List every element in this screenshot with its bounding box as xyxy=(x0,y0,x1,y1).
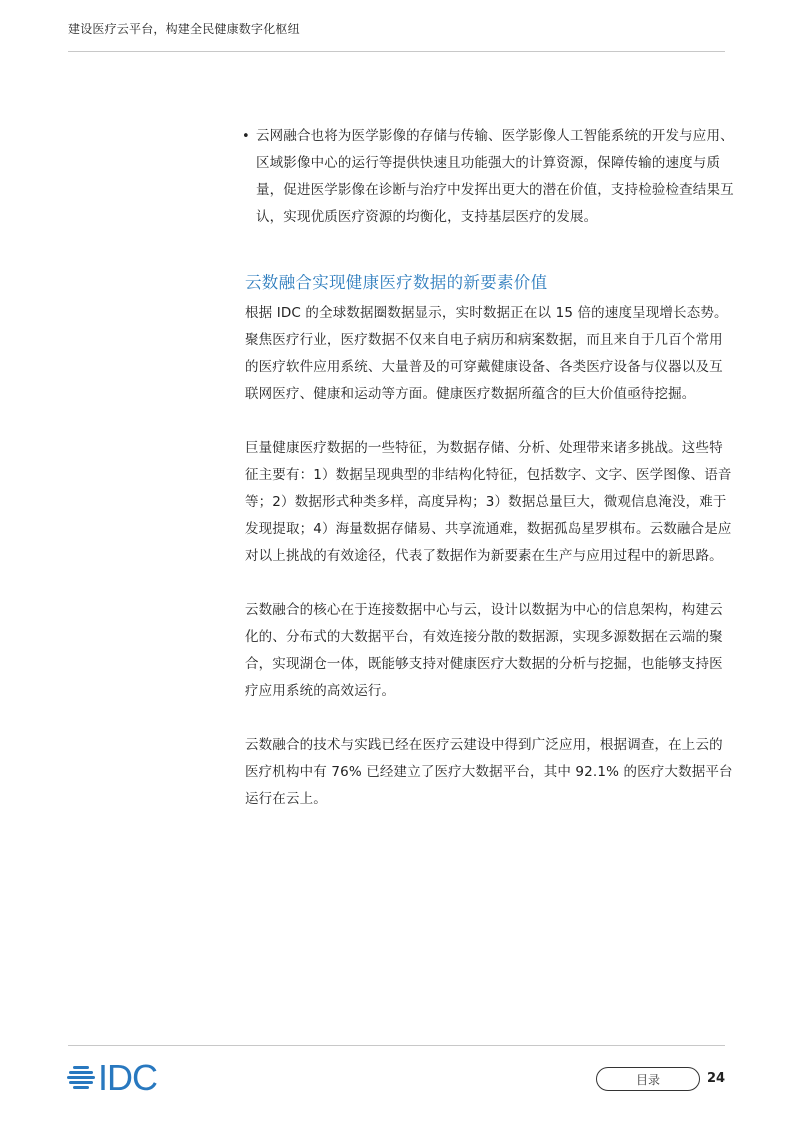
logo-wordmark: IDC xyxy=(98,1062,157,1094)
bullet-icon: • xyxy=(242,123,250,150)
paragraph-4: 云数融合的技术与实践已经在医疗云建设中得到广泛应用，根据调查，在上云的医疗机构中… xyxy=(245,732,735,813)
running-header-title: 建设医疗云平台，构建全民健康数字化枢纽 xyxy=(68,20,300,37)
table-of-contents-button[interactable]: 目录 xyxy=(596,1067,700,1091)
bullet-text: 云网融合也将为医学影像的存储与传输、医学影像人工智能系统的开发与应用、区域影像中… xyxy=(256,128,734,225)
toc-button-label: 目录 xyxy=(636,1071,660,1088)
header-divider xyxy=(68,51,725,52)
bullet-list-item: • 云网融合也将为医学影像的存储与传输、医学影像人工智能系统的开发与应用、区域影… xyxy=(245,123,735,231)
idc-logo: IDC xyxy=(67,1062,157,1094)
footer-divider xyxy=(68,1045,725,1046)
paragraph-2: 巨量健康医疗数据的一些特征，为数据存储、分析、处理带来诸多挑战。这些特征主要有：… xyxy=(245,435,735,570)
paragraph-1: 根据 IDC 的全球数据圈数据显示，实时数据正在以 15 倍的速度呈现增长态势。… xyxy=(245,300,735,408)
page-number: 24 xyxy=(707,1071,725,1086)
page-body: • 云网融合也将为医学影像的存储与传输、医学影像人工智能系统的开发与应用、区域影… xyxy=(245,123,735,813)
paragraph-3: 云数融合的核心在于连接数据中心与云，设计以数据为中心的信息架构，构建云化的、分布… xyxy=(245,597,735,705)
section-heading: 云数融合实现健康医疗数据的新要素价值 xyxy=(245,271,735,295)
idc-globe-icon xyxy=(67,1065,95,1091)
